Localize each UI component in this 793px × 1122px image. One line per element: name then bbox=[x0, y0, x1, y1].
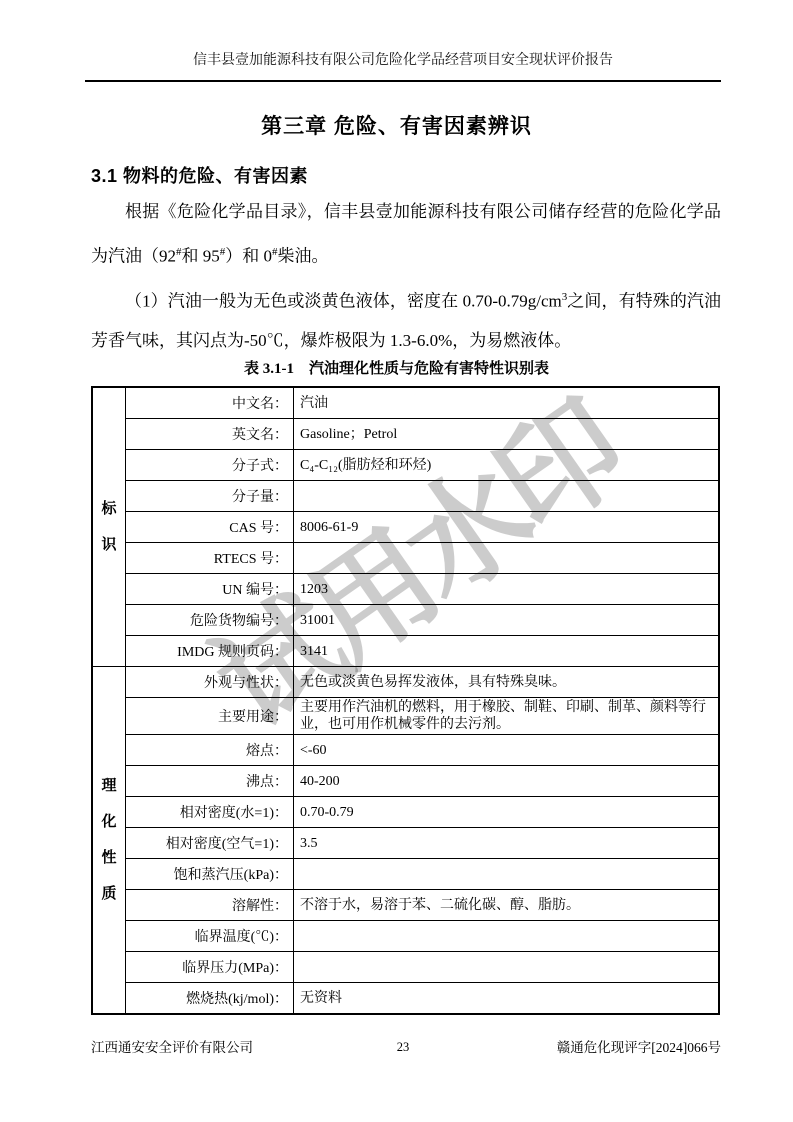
footer-doc-number: 赣通危化现评字[2024]066号 bbox=[557, 1036, 721, 1056]
paragraph-text: 柴油。 bbox=[278, 247, 329, 266]
row-value bbox=[294, 952, 718, 982]
table-row: 溶解性：不溶于水，易溶于苯、二硫化碳、醇、脂肪。 bbox=[126, 889, 718, 920]
body-paragraph: （1）汽油一般为无色或淡黄色液体，密度在 0.70-0.79g/cm3之间，有特… bbox=[91, 277, 721, 362]
table-row: 临界压力(MPa)： bbox=[126, 951, 718, 982]
running-header: 信丰县壹加能源科技有限公司危险化学品经营项目安全现状评价报告 bbox=[85, 50, 721, 82]
row-label: 中文名： bbox=[126, 388, 294, 418]
table-row: 相对密度(水=1)：0.70-0.79 bbox=[126, 796, 718, 827]
table-row: 分子量： bbox=[126, 480, 718, 511]
row-value: 40-200 bbox=[294, 766, 718, 796]
table-row: 沸点：40-200 bbox=[126, 765, 718, 796]
group-label-char: 标 bbox=[101, 491, 116, 527]
table-row: 饱和蒸汽压(kPa)： bbox=[126, 858, 718, 889]
row-label: 外观与性状： bbox=[126, 667, 294, 697]
row-value: 0.70-0.79 bbox=[294, 797, 718, 827]
row-label: 分子量： bbox=[126, 481, 294, 511]
chapter-title: 第三章 危险、有害因素辨识 bbox=[0, 110, 793, 140]
table-row: 主要用途：主要用作汽油机的燃料，用于橡胶、制鞋、印刷、制革、颜料等行业，也可用作… bbox=[126, 697, 718, 734]
row-label: RTECS 号： bbox=[126, 543, 294, 573]
table-rows: 外观与性状：无色或淡黄色易挥发液体，具有特殊臭味。主要用途：主要用作汽油机的燃料… bbox=[126, 667, 718, 1013]
group-label-char: 理 bbox=[101, 768, 116, 804]
table-row: 临界温度(℃)： bbox=[126, 920, 718, 951]
row-label: CAS 号： bbox=[126, 512, 294, 542]
row-label: 临界温度(℃)： bbox=[126, 921, 294, 951]
row-label: 相对密度(空气=1)： bbox=[126, 828, 294, 858]
row-value: 无资料 bbox=[294, 983, 718, 1013]
row-value: 8006-61-9 bbox=[294, 512, 718, 542]
row-value: <-60 bbox=[294, 735, 718, 765]
document-page: 信丰县壹加能源科技有限公司危险化学品经营项目安全现状评价报告 第三章 危险、有害… bbox=[0, 0, 793, 1122]
group-label-理化性质: 理化性质 bbox=[93, 667, 126, 1013]
page-footer: 江西通安安全评价有限公司 23 赣通危化现评字[2024]066号 bbox=[85, 1036, 721, 1058]
row-value: 不溶于水，易溶于苯、二硫化碳、醇、脂肪。 bbox=[294, 890, 718, 920]
row-label: 熔点： bbox=[126, 735, 294, 765]
table-row: 中文名：汽油 bbox=[126, 388, 718, 418]
row-value: Gasoline；Petrol bbox=[294, 419, 718, 449]
properties-table: 标识中文名：汽油英文名：Gasoline；Petrol分子式：C₄-C₁₂(脂肪… bbox=[91, 386, 720, 1015]
table-row: IMDG 规则页码：3141 bbox=[126, 635, 718, 666]
row-label: 主要用途： bbox=[126, 698, 294, 734]
table-row: 分子式：C₄-C₁₂(脂肪烃和环烃) bbox=[126, 449, 718, 480]
table-row: RTECS 号： bbox=[126, 542, 718, 573]
row-value: 主要用作汽油机的燃料，用于橡胶、制鞋、印刷、制革、颜料等行业，也可用作机械零件的… bbox=[294, 698, 718, 734]
table-row: 燃烧热(kj/mol)：无资料 bbox=[126, 982, 718, 1013]
table-row: 英文名：Gasoline；Petrol bbox=[126, 418, 718, 449]
table-section: 标识中文名：汽油英文名：Gasoline；Petrol分子式：C₄-C₁₂(脂肪… bbox=[93, 388, 718, 666]
paragraph-text: 和 95 bbox=[182, 247, 220, 266]
row-value: 3.5 bbox=[294, 828, 718, 858]
group-label-char: 质 bbox=[101, 876, 116, 912]
body-text: 根据《危险化学品目录》，信丰县壹加能源科技有限公司储存经营的危险化学品为汽油（9… bbox=[91, 192, 721, 361]
row-label: UN 编号： bbox=[126, 574, 294, 604]
body-paragraph: 根据《危险化学品目录》，信丰县壹加能源科技有限公司储存经营的危险化学品为汽油（9… bbox=[91, 192, 721, 277]
section-heading: 3.1 物料的危险、有害因素 bbox=[91, 162, 308, 188]
row-value: 无色或淡黄色易挥发液体，具有特殊臭味。 bbox=[294, 667, 718, 697]
row-label: 燃烧热(kj/mol)： bbox=[126, 983, 294, 1013]
row-value: 汽油 bbox=[294, 388, 718, 418]
row-value: C₄-C₁₂(脂肪烃和环烃) bbox=[294, 450, 718, 480]
group-label-char: 化 bbox=[101, 804, 116, 840]
table-row: CAS 号：8006-61-9 bbox=[126, 511, 718, 542]
table-title: 表 3.1-1 汽油理化性质与危险有害特性识别表 bbox=[0, 357, 793, 378]
row-label: 溶解性： bbox=[126, 890, 294, 920]
row-label: 分子式： bbox=[126, 450, 294, 480]
row-value: 1203 bbox=[294, 574, 718, 604]
row-value: 31001 bbox=[294, 605, 718, 635]
running-header-title: 信丰县壹加能源科技有限公司危险化学品经营项目安全现状评价报告 bbox=[193, 53, 613, 68]
table-row: UN 编号：1203 bbox=[126, 573, 718, 604]
row-value: 3141 bbox=[294, 636, 718, 666]
row-value bbox=[294, 481, 718, 511]
row-value bbox=[294, 543, 718, 573]
table-section: 理化性质外观与性状：无色或淡黄色易挥发液体，具有特殊臭味。主要用途：主要用作汽油… bbox=[93, 666, 718, 1013]
table-row: 相对密度(空气=1)：3.5 bbox=[126, 827, 718, 858]
paragraph-text: ）和 0 bbox=[225, 247, 272, 266]
group-label-char: 识 bbox=[101, 527, 116, 563]
paragraph-text: （1）汽油一般为无色或淡黄色液体，密度在 0.70-0.79g/cm bbox=[125, 291, 562, 310]
row-label: 英文名： bbox=[126, 419, 294, 449]
row-label: 饱和蒸汽压(kPa)： bbox=[126, 859, 294, 889]
row-label: 临界压力(MPa)： bbox=[126, 952, 294, 982]
row-label: 相对密度(水=1)： bbox=[126, 797, 294, 827]
group-label-标识: 标识 bbox=[93, 388, 126, 666]
table-rows: 中文名：汽油英文名：Gasoline；Petrol分子式：C₄-C₁₂(脂肪烃和… bbox=[126, 388, 718, 666]
table-row: 危险货物编号：31001 bbox=[126, 604, 718, 635]
group-label-char: 性 bbox=[101, 840, 116, 876]
table-row: 外观与性状：无色或淡黄色易挥发液体，具有特殊臭味。 bbox=[126, 667, 718, 697]
row-label: 危险货物编号： bbox=[126, 605, 294, 635]
row-value bbox=[294, 921, 718, 951]
row-label: 沸点： bbox=[126, 766, 294, 796]
table-row: 熔点：<-60 bbox=[126, 734, 718, 765]
row-label: IMDG 规则页码： bbox=[126, 636, 294, 666]
row-value bbox=[294, 859, 718, 889]
